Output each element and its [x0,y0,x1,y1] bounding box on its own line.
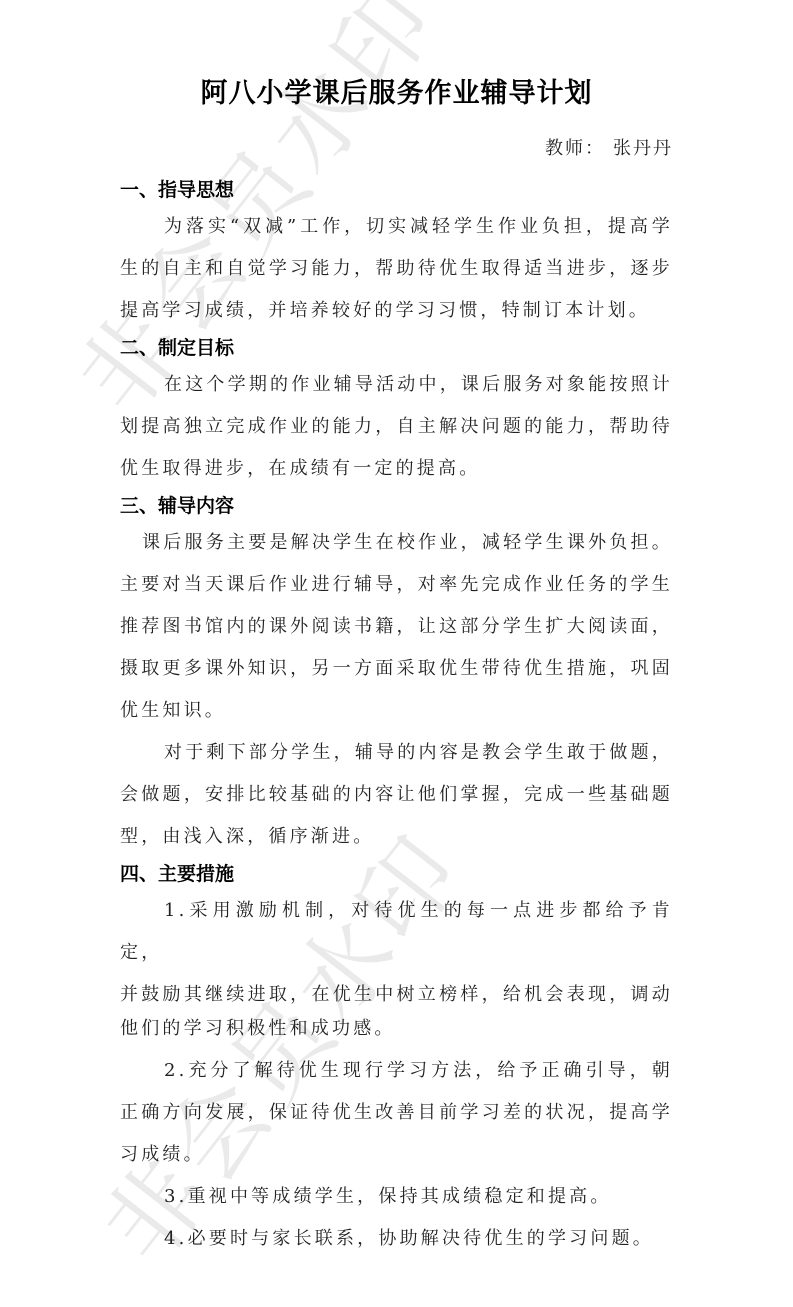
section-main-measures: 四、主要措施 1.采用激励机制，对待优生的每一点进步都给予肯定， 并鼓励其继续进… [120,858,673,1260]
document-body: 一、指导思想 为落实“双减”工作，切实减轻学生作业负担，提高学生的自主和自觉学习… [120,174,673,1260]
section-paragraph: 对于剩下部分学生，辅导的内容是教会学生敢于做题，会做题，安排比较基础的内容让他们… [120,732,673,858]
section-guiding-ideology: 一、指导思想 为落实“双减”工作，切实减轻学生作业负担，提高学生的自主和自觉学习… [120,174,673,332]
document-title: 阿八小学课后服务作业辅导计划 [0,74,793,114]
measure-item-1-continued: 并鼓励其继续进取，在优生中树立榜样，给机会表现，调动他们的学习积极性和成功感。 [120,978,673,1046]
document-page: 非会员水印 非会员水印 阿八小学课后服务作业辅导计划 教师：张丹丹 一、指导思想… [0,0,793,1307]
measure-item-2: 2.充分了解待优生现行学习方法，给予正确引导，朝正确方向发展，保证待优生改善目前… [120,1050,673,1176]
measure-item-1: 1.采用激励机制，对待优生的每一点进步都给予肯定， [120,890,673,974]
measure-item-4: 4.必要时与家长联系，协助解决待优生的学习问题。 [120,1218,673,1260]
section-paragraph: 为落实“双减”工作，切实减轻学生作业负担，提高学生的自主和自觉学习能力，帮助待优… [120,206,673,332]
section-paragraph: 课后服务主要是解决学生在校作业，减轻学生课外负担。主要对当天课后作业进行辅导，对… [120,522,673,732]
section-paragraph: 在这个学期的作业辅导活动中，课后服务对象能按照计划提高独立完成作业的能力，自主解… [120,364,673,490]
section-heading: 三、辅导内容 [120,490,673,522]
teacher-name: 张丹丹 [613,138,673,159]
teacher-label: 教师： [545,138,605,159]
section-heading: 四、主要措施 [120,858,673,890]
section-goals: 二、制定目标 在这个学期的作业辅导活动中，课后服务对象能按照计划提高独立完成作业… [120,332,673,490]
section-tutoring-content: 三、辅导内容 课后服务主要是解决学生在校作业，减轻学生课外负担。主要对当天课后作… [120,490,673,858]
section-heading: 一、指导思想 [120,174,673,206]
measure-item-3: 3.重视中等成绩学生，保持其成绩稳定和提高。 [120,1176,673,1218]
section-heading: 二、制定目标 [120,332,673,364]
teacher-line: 教师：张丹丹 [545,134,673,164]
